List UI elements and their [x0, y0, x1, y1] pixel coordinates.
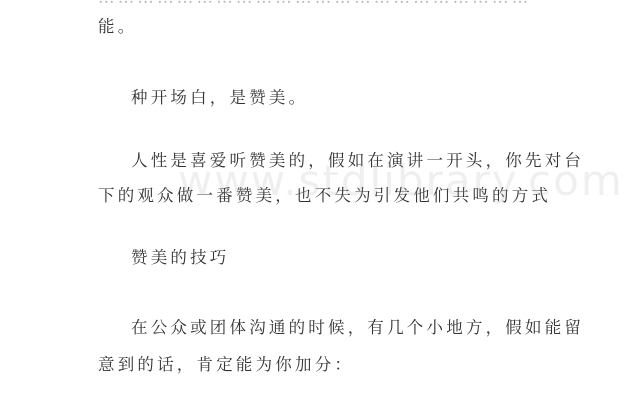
paragraph-line: 能。: [98, 17, 137, 37]
partially-visible-line: …………………………………………………………: [98, 0, 531, 8]
document-page: ………………………………………………………… 能。 种开场白，是赞美。 人性是喜…: [0, 0, 640, 400]
paragraph-line: 种开场白，是赞美。: [131, 88, 308, 108]
paragraph-line: 人性是喜爱听赞美的，假如在演讲一开头，你先对台: [131, 151, 584, 171]
section-heading: 赞美的技巧: [131, 248, 230, 268]
paragraph-line: 意到的话，肯定能为你加分：: [98, 355, 354, 375]
paragraph-line: 在公众或团体沟通的时候，有几个小地方，假如能留: [131, 318, 584, 338]
paragraph-line: 下的观众做一番赞美，也不失为引发他们共鸣的方式: [98, 186, 551, 206]
